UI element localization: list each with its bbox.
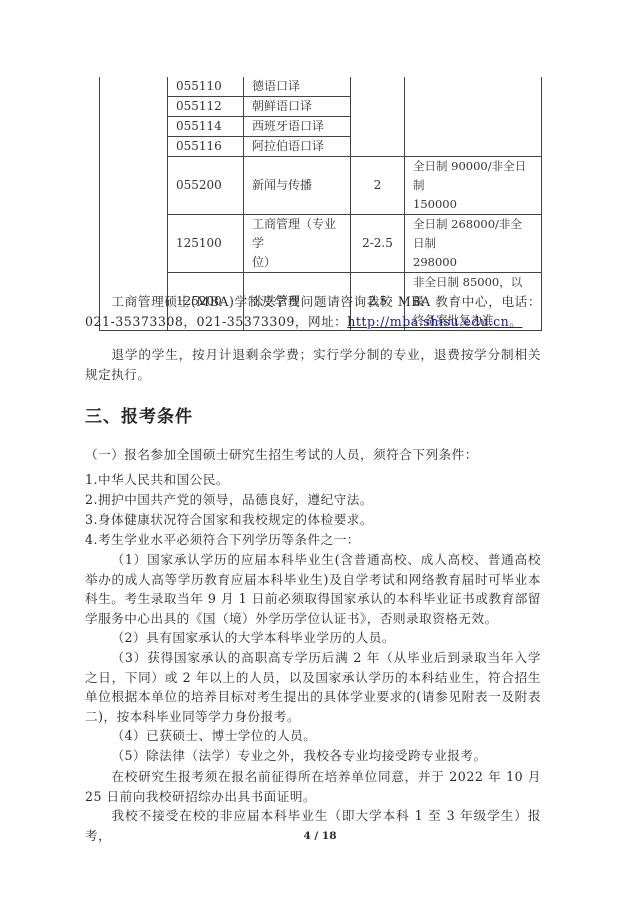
- condition-item: 1.中华人民共和国公民。: [85, 470, 541, 490]
- fee-cell: [405, 77, 542, 157]
- major-line: 工商管理（专业学: [252, 215, 342, 253]
- condition-item: 4.考生学业水平必须符合下列学历等条件之一：: [85, 530, 541, 550]
- refund-note: 退学的学生，按月计退剩余学费；实行学分制的专业，退费按学分制相关规定执行。: [85, 345, 541, 384]
- duration-cell: 2: [351, 157, 405, 215]
- page-number: 4 / 18: [0, 830, 640, 842]
- fee-line: 全日制 90000/非全日制: [413, 157, 533, 195]
- fee-line: 150000: [413, 195, 533, 214]
- code-cell: 055114: [168, 117, 244, 137]
- major-cell: 阿拉伯语口译: [244, 137, 351, 157]
- fee-cell: 全日制 268000/非全日制 298000: [405, 215, 542, 273]
- education-condition: （2）具有国家承认的大学本科毕业学历的人员。: [85, 628, 541, 648]
- major-line: 位）: [252, 253, 342, 272]
- document-page: 055110 德语口译 055112 朝鲜语口译 055114 西班牙语口译 0…: [0, 0, 640, 905]
- major-cell: 西班牙语口译: [244, 117, 351, 137]
- education-condition: （4）已获硕士、博士学位的人员。: [85, 726, 541, 746]
- major-cell: 德语口译: [244, 77, 351, 97]
- major-cell: 新闻与传播: [244, 157, 351, 215]
- section-heading: 三、报考条件: [85, 402, 193, 427]
- subsection-title: （一）报名参加全国硕士研究生招生考试的人员，须符合下列条件：: [85, 445, 541, 465]
- code-cell: 055112: [168, 97, 244, 117]
- mba-website-link[interactable]: http://mba.shisu.edu.cn。: [347, 314, 522, 329]
- major-cell: 工商管理（专业学 位）: [244, 215, 351, 273]
- education-condition: （5）除法律（法学）专业之外，我校各专业均接受跨专业报考。: [85, 746, 541, 766]
- duration-cell: [351, 77, 405, 157]
- code-cell: 055116: [168, 137, 244, 157]
- fee-line: 298000: [413, 253, 533, 272]
- in-school-note: 在校研究生报考须在报名前征得所在培养单位同意，并于 2022 年 10 月 25…: [85, 767, 541, 806]
- code-cell: 055200: [168, 157, 244, 215]
- code-cell: 055110: [168, 77, 244, 97]
- code-cell: 125100: [168, 215, 244, 273]
- table-row: 055110 德语口译: [100, 77, 542, 97]
- major-cell: 朝鲜语口译: [244, 97, 351, 117]
- condition-item: 2.拥护中国共产党的领导，品德良好，遵纪守法。: [85, 490, 541, 510]
- duration-cell: 2-2.5: [351, 215, 405, 273]
- education-condition: （1）国家承认学历的应届本科毕业生(含普通高校、成人高校、普通高校举办的成人高等…: [85, 550, 541, 628]
- fee-line: 全日制 268000/非全日制: [413, 215, 533, 253]
- condition-item: 3.身体健康状况符合国家和我校规定的体检要求。: [85, 510, 541, 530]
- education-condition: （3）获得国家承认的高职高专学历后满 2 年（从毕业后到录取当年入学之日，下同）…: [85, 648, 541, 726]
- mba-note: 工商管理硕士(MBA)学制及学费问题请咨询我校 MBA 教育中心，电话：021-…: [85, 292, 541, 331]
- fee-cell: 全日制 90000/非全日制 150000: [405, 157, 542, 215]
